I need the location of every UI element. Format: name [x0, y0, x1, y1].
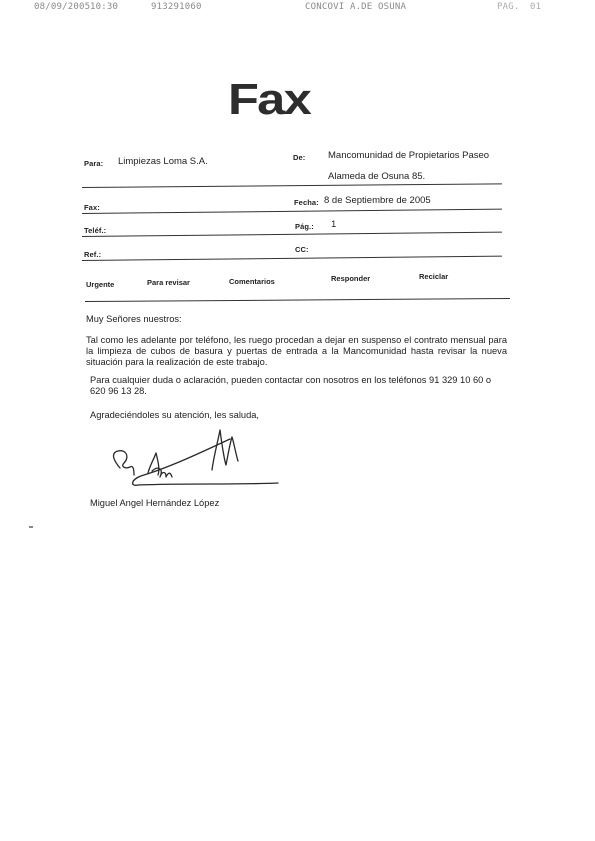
- divider-line: [82, 256, 502, 261]
- fax-header-page-label: PAG.: [497, 2, 519, 12]
- checkbox-reciclar[interactable]: Reciclar: [419, 272, 448, 281]
- fax-header-number: 913291060: [151, 2, 202, 12]
- divider-line: [82, 209, 502, 214]
- checkbox-urgente[interactable]: Urgente: [86, 280, 114, 289]
- letter-paragraph-1: Tal como les adelante por teléfono, les …: [86, 335, 507, 368]
- checkbox-para-revisar[interactable]: Para revisar: [147, 278, 190, 287]
- fecha-value: 8 de Septiembre de 2005: [324, 195, 431, 206]
- fax-header-sender-id: CONCOVI A.DE OSUNA: [305, 2, 406, 12]
- letter-salutation: Muy Señores nuestros:: [86, 314, 182, 325]
- checkbox-comentarios[interactable]: Comentarios: [229, 277, 275, 286]
- para-label: Para:: [84, 159, 103, 168]
- fecha-label: Fecha:: [294, 198, 319, 207]
- fax-header-page-number: 01: [530, 2, 541, 12]
- fax-header-time: 10:30: [90, 2, 118, 12]
- de-value-line1: Mancomunidad de Propietarios Paseo: [328, 150, 489, 161]
- para-value: Limpiezas Loma S.A.: [118, 156, 208, 167]
- divider-line: [82, 232, 502, 237]
- checkbox-responder[interactable]: Responder: [331, 274, 370, 283]
- divider-line: [82, 183, 502, 188]
- fax-label: Fax:: [84, 203, 100, 212]
- signature-icon: [100, 425, 290, 490]
- pag-value: 1: [331, 219, 336, 230]
- scan-artifact: [29, 526, 33, 528]
- letter-paragraph-2: Para cualquier duda o aclaración, pueden…: [90, 375, 508, 397]
- fax-header-date: 08/09/2005: [34, 2, 90, 12]
- cc-label: CC:: [295, 245, 309, 254]
- letter-closing: Agradeciéndoles su atención, les saluda,: [90, 410, 259, 421]
- de-value-line2: Alameda de Osuna 85.: [328, 171, 425, 182]
- de-label: De:: [293, 153, 305, 162]
- letter-signatory: Miguel Angel Hernández López: [90, 498, 219, 509]
- divider-line: [85, 298, 510, 302]
- pag-label: Pág.:: [295, 222, 314, 231]
- ref-label: Ref.:: [84, 250, 101, 259]
- telef-label: Teléf.:: [84, 226, 106, 235]
- document-title: Fax: [228, 78, 310, 122]
